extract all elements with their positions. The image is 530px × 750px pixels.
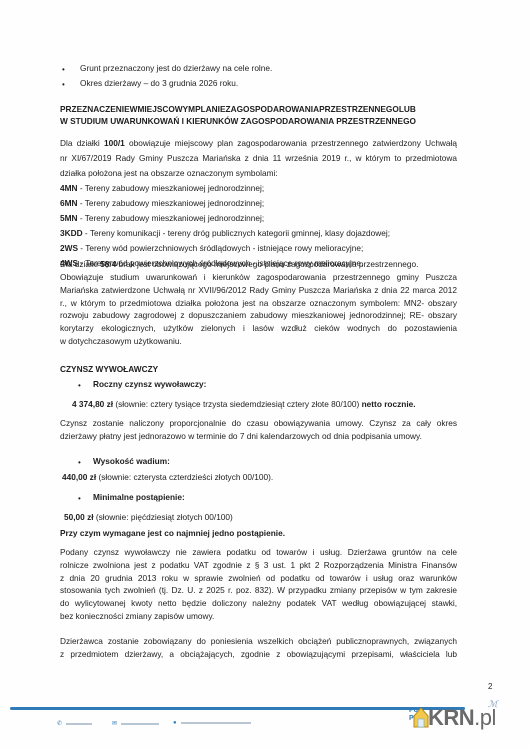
symbol-code: 2WS [60,243,78,253]
bullet-dot: • [78,381,81,390]
symbol-description: - Tereny komunikacji - tereny dróg publi… [83,228,390,238]
bullet-dot: • [78,458,81,467]
paragraph-line: nr XI/67/2019 Rady Gminy Puszcza Mariańs… [60,153,457,164]
parcel-number: 58/4 [100,259,116,269]
heading-word: ZAGOSPODAROWANIA [226,104,320,115]
paragraph-line: korytarzy ekologicznych, użytków zielony… [60,323,457,334]
email-icon: ✉ [112,720,117,727]
text: (słownie: pięćdziesiąt złotych 00/100) [94,512,233,522]
section-heading-rent: CZYNSZ WYWOŁAWCZY [60,364,158,375]
amount: 440,00 zł [62,472,96,482]
paragraph-line: Obowiązuje studium uwarunkowań i kierunk… [60,272,457,283]
text: obowiązuje miejscowy plan zagospodarowan… [125,138,457,148]
min-bid-note: Przy czym wymagane jest co najmniej jedn… [60,528,285,539]
paragraph-line: z przedmiotem dzierżawy, a obciążających… [60,649,457,660]
section-heading-zoning-line2: W STUDIUM UWARUNKOWAŃ I KIERUNKÓW ZAGOSP… [60,116,416,127]
paragraph-line: Podany czynsz wywoławczy nie zawiera pod… [60,547,457,558]
annual-rent-label: Roczny czynsz wywoławczy: [93,379,206,390]
footer-email: ✉ [112,720,159,727]
paragraph-line: z dnia 20 grudnia 2013 roku w sprawie zw… [60,573,457,584]
signature-mark: ℳ [488,700,498,710]
symbol-description: - Tereny zabudowy mieszkaniowej jednorod… [78,213,265,223]
symbol-code: 4MN [60,183,78,193]
house-logo-icon [413,706,429,728]
bullet-text-lease-period: Okres dzierżawy – do 3 grudnia 2026 roku… [80,78,238,89]
heading-word: PRZESTRZENNEGO [319,104,399,115]
paragraph-line: rozwoju zabudowy zagrodowej z dopuszczan… [60,310,457,321]
brand: KRN [428,705,474,730]
zoning-symbol-item: 6MN - Tereny zabudowy mieszkaniowej jedn… [60,198,264,209]
symbol-description: - Tereny wód powierzchniowych śródlądowy… [78,243,363,253]
heading-word: LUB [399,104,416,115]
min-bid-value: 50,00 zł (słownie: pięćdziesiąt złotych … [64,512,233,523]
zoning-symbol-item: 3KDD - Tereny komunikacji - tereny dróg … [60,228,390,239]
paragraph-line: Dzierżawca zostanie zobowiązany do ponie… [60,636,457,647]
paragraph-parcel-100-1: Dla działki 100/1 obowiązuje miejscowy p… [60,138,457,149]
symbol-code: 3KDD [60,228,83,238]
parcel-number: 100/1 [104,138,125,148]
bullet-dot: • [78,494,81,503]
bullet-dot: • [62,80,65,89]
zoning-symbol-item: 5MN - Tereny zabudowy mieszkaniowej jedn… [60,213,264,224]
paragraph-line: Mariańska zatwierdzone Uchwałą nr XVII/9… [60,285,457,296]
text: (słownie: cztery tysiące trzysta siedemd… [113,399,362,409]
text: Dla działki [60,138,104,148]
phone-text-blurred [66,723,92,725]
paragraph-line: r., w którym to przedmiotowa działka poł… [60,298,457,309]
deposit-label: Wysokość wadium: [93,456,170,467]
symbol-description: - Tereny zabudowy mieszkaniowej jednorod… [78,198,265,208]
paragraph-line: bez konieczności zmiany zapisów umowy. [60,611,214,622]
deposit-value: 440,00 zł (słownie: czterysta czterdzieś… [62,472,273,483]
text: netto rocznie. [362,399,416,409]
paragraph-line: w dotychczasowym użytkowaniu. [60,336,182,347]
bullet-text-purpose: Grunt przeznaczony jest do dzierżawy na … [80,63,272,74]
address-text-blurred [181,722,251,724]
bullet-dot: • [62,65,65,74]
paragraph-line: stosowania tych zwolnień (tj. Dz. U. z 2… [60,585,457,596]
footer-address: ● [173,720,251,726]
paragraph-line: do wylicytowanej kwoty netto będzie doli… [60,598,457,609]
symbol-code: 6MN [60,198,78,208]
page-number: 2 [488,682,492,691]
min-bid-label: Minimalne postąpienie: [93,492,185,503]
section-heading-zoning: PRZEZNACZENIEWMIEJSCOWYMPLANIEZAGOSPODAR… [60,104,410,115]
zoning-symbol-item: 2WS - Tereny wód powierzchniowych śródlą… [60,243,363,254]
heading-word: PLANIE [195,104,225,115]
paragraph-line: dzierżawy płatny jest jednorazowo w term… [60,431,422,442]
email-text-blurred [121,723,159,725]
paragraph-line: działka położona jest na obszarze oznacz… [60,168,278,179]
paragraph-line: Czynsz zostanie naliczony proporcjonalni… [60,418,457,429]
krn-watermark-logo: KRN.pl [428,705,496,731]
footer-phone: ✆ [57,720,92,727]
heading-word: PRZEZNACZENIE [60,104,130,115]
text: brak jest obowiązującego miejscowego pla… [116,259,418,269]
location-pin-icon: ● [173,720,177,726]
annual-rent-value: 4 374,80 zł (słownie: cztery tysiące trz… [72,399,416,410]
paragraph-line: rolnicze zwolniona jest z podatku VAT zg… [60,560,457,571]
zoning-symbol-item: 4MN - Tereny zabudowy mieszkaniowej jedn… [60,183,264,194]
amount: 4 374,80 zł [72,399,113,409]
phone-icon: ✆ [57,720,62,727]
symbol-code: 5MN [60,213,78,223]
text: Dla działki [60,259,100,269]
document-page: • Grunt przeznaczony jest do dzierżawy n… [0,0,530,750]
amount: 50,00 zł [64,512,94,522]
footer-divider [10,707,465,710]
symbol-description: - Tereny zabudowy mieszkaniowej jednorod… [78,183,265,193]
heading-word: MIEJSCOWYM [137,104,195,115]
paragraph-parcel-58-4: Dla działki 58/4 brak jest obowiązująceg… [60,259,418,270]
text: (słownie: czterysta czterdzieści złotych… [96,472,273,482]
heading-word: W [130,104,138,115]
